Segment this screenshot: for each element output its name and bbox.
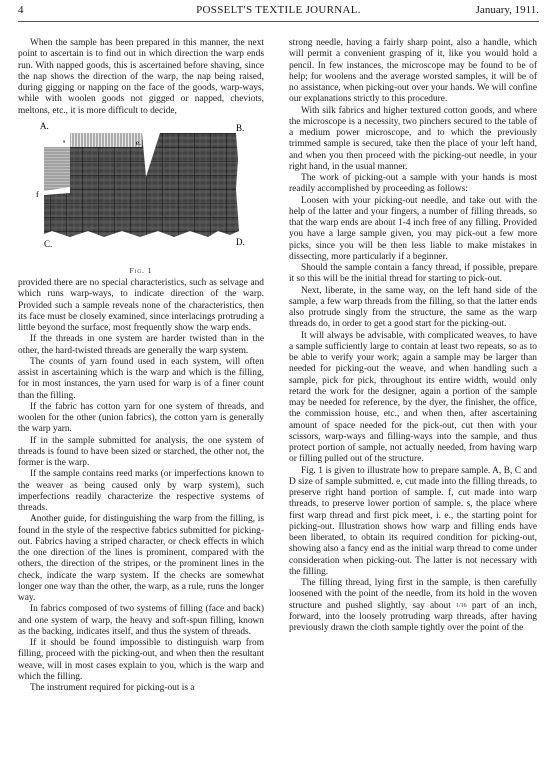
paragraph: If the sample contains reed marks (or im… [18,469,264,514]
label-c: C. [44,239,52,249]
left-column: When the sample has been prepared in thi… [18,38,264,694]
right-column: strong needle, having a fairly sharp poi… [289,38,537,634]
paragraph: The counts of yarn found used in each sy… [18,357,264,402]
paragraph: When the sample has been prepared in thi… [18,38,264,117]
issue-date: January, 1911. [476,4,539,16]
paragraph: It will always be advisable, with compli… [289,331,537,466]
paragraph: If the threads in one system are harder … [18,334,264,357]
paragraph: Another guide, for distinguishing the wa… [18,514,264,604]
fig-1-illustration: A. B. C. D. e. s f [18,119,264,265]
header-rule [18,21,539,22]
paragraph: The filling thread, lying first in the s… [289,578,537,634]
paragraph: Should the sample contain a fancy thread… [289,263,537,286]
paragraph: The instrument required for picking-out … [18,683,264,694]
label-e: e. [136,139,141,147]
label-s: s [63,139,66,145]
paragraph: If the fabric has cotton yarn for one sy… [18,402,264,436]
paragraph: provided there are no special characteri… [18,278,264,334]
paragraph: With silk fabrics and higher textured co… [289,106,537,174]
paragraph: If in the sample submitted for analysis,… [18,436,264,470]
fabric-sample-illustration: A. B. C. D. e. s f [18,119,264,265]
paragraph: strong needle, having a fairly sharp poi… [289,38,537,106]
paragraph: The work of picking-out a sample with yo… [289,173,537,196]
label-b: B. [236,123,244,133]
journal-title: POSSELT'S TEXTILE JOURNAL. [18,4,539,16]
label-f: f [36,190,39,199]
running-header: 4 POSSELT'S TEXTILE JOURNAL. January, 19… [18,4,539,20]
paragraph: Fig. 1 is given to illustrate how to pre… [289,466,537,579]
paragraph: If it should be found impossible to dist… [18,638,264,683]
fraction: 1/16 [456,603,467,609]
figure-caption: Fig. 1 [18,265,264,276]
paragraph: In fabrics composed of two systems of fi… [18,604,264,638]
paragraph: Next, liberate, in the same way, on the … [289,286,537,331]
paragraph: Loosen with your picking-out needle, and… [289,196,537,264]
label-a: A. [40,121,49,131]
label-d: D. [236,237,245,247]
